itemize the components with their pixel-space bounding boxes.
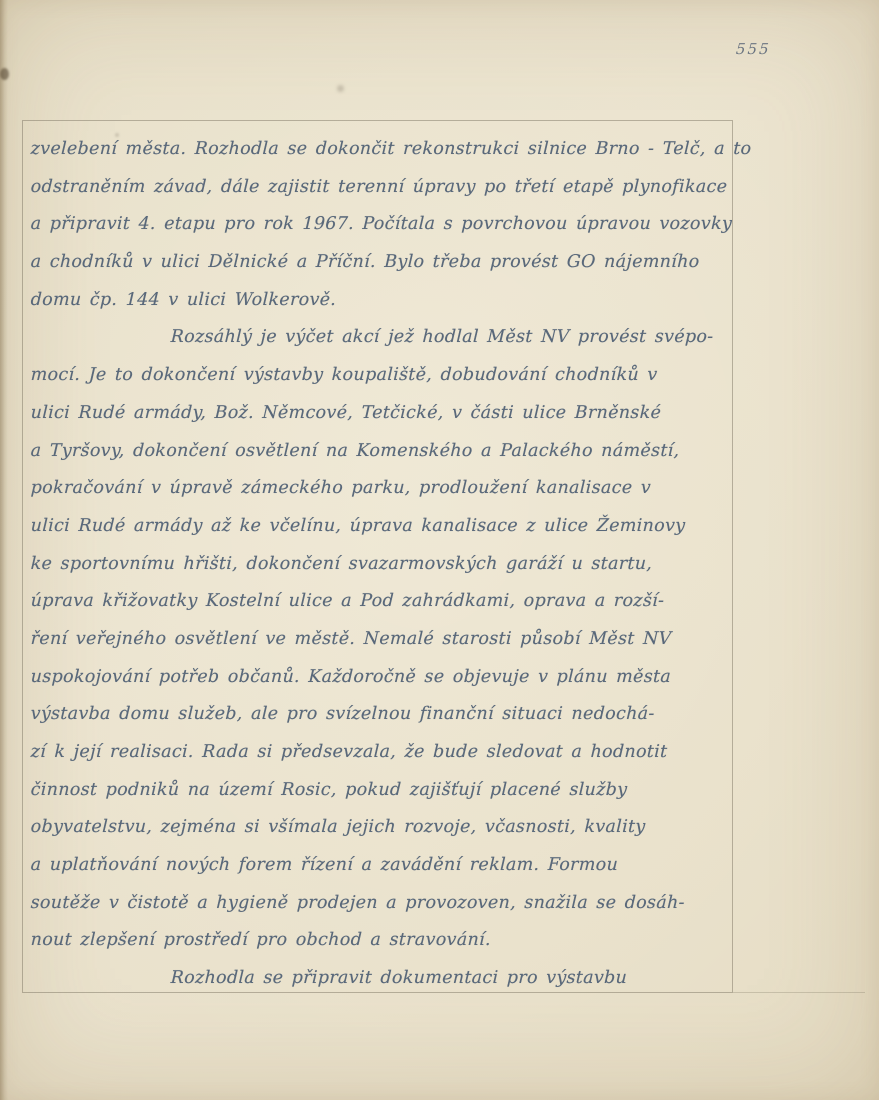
manuscript-page: 555 zvelebení města. Rozhodla se dokonči… [0,0,879,1100]
page-number: 555 [735,40,771,58]
manuscript-line: ke sportovnímu hřišti, dokončení svazarm… [30,546,737,584]
manuscript-line: a chodníků v ulici Dělnické a Příční. By… [30,244,737,282]
manuscript-line: a uplatňování nových forem řízení a zavá… [30,847,737,885]
manuscript-line: nout zlepšení prostředí pro obchod a str… [30,922,737,960]
manuscript-line: činnost podniků na území Rosic, pokud za… [30,772,737,810]
manuscript-line: zvelebení města. Rozhodla se dokončit re… [30,131,737,169]
manuscript-line: pokračování v úpravě zámeckého parku, pr… [30,470,737,508]
manuscript-line: mocí. Je to dokončení výstavby koupališt… [30,357,737,395]
manuscript-line: ření veřejného osvětlení ve městě. Nemal… [30,621,737,659]
manuscript-line: soutěže v čistotě a hygieně prodejen a p… [30,885,737,923]
manuscript-line: výstavba domu služeb, ale pro svízelnou … [30,696,737,734]
manuscript-line: a připravit 4. etapu pro rok 1967. Počít… [30,206,737,244]
manuscript-line: Rozhodla se připravit dokumentaci pro vý… [30,960,737,998]
manuscript-line: odstraněním závad, dále zajistit terenní… [30,169,737,207]
paper-speck [337,85,344,92]
manuscript-line: obyvatelstvu, zejména si všímala jejich … [30,809,737,847]
manuscript-line: ulici Rudé armády, Bož. Němcové, Tetčick… [30,395,737,433]
handwritten-text-block: zvelebení města. Rozhodla se dokončit re… [30,131,736,998]
manuscript-line: a Tyršovy, dokončení osvětlení na Komens… [30,433,737,471]
manuscript-line: uspokojování potřeb občanů. Každoročně s… [30,659,737,697]
manuscript-line: domu čp. 144 v ulici Wolkerově. [30,282,737,320]
manuscript-line: úprava křižovatky Kostelní ulice a Pod z… [30,583,737,621]
manuscript-line: zí k její realisaci. Rada si předsevzala… [30,734,737,772]
manuscript-line: ulici Rudé armády až ke včelínu, úprava … [30,508,737,546]
manuscript-line: Rozsáhlý je výčet akcí jež hodlal Měst N… [30,319,737,357]
ruled-frame-bottom-extension [733,992,865,993]
scan-left-edge [0,0,8,1100]
